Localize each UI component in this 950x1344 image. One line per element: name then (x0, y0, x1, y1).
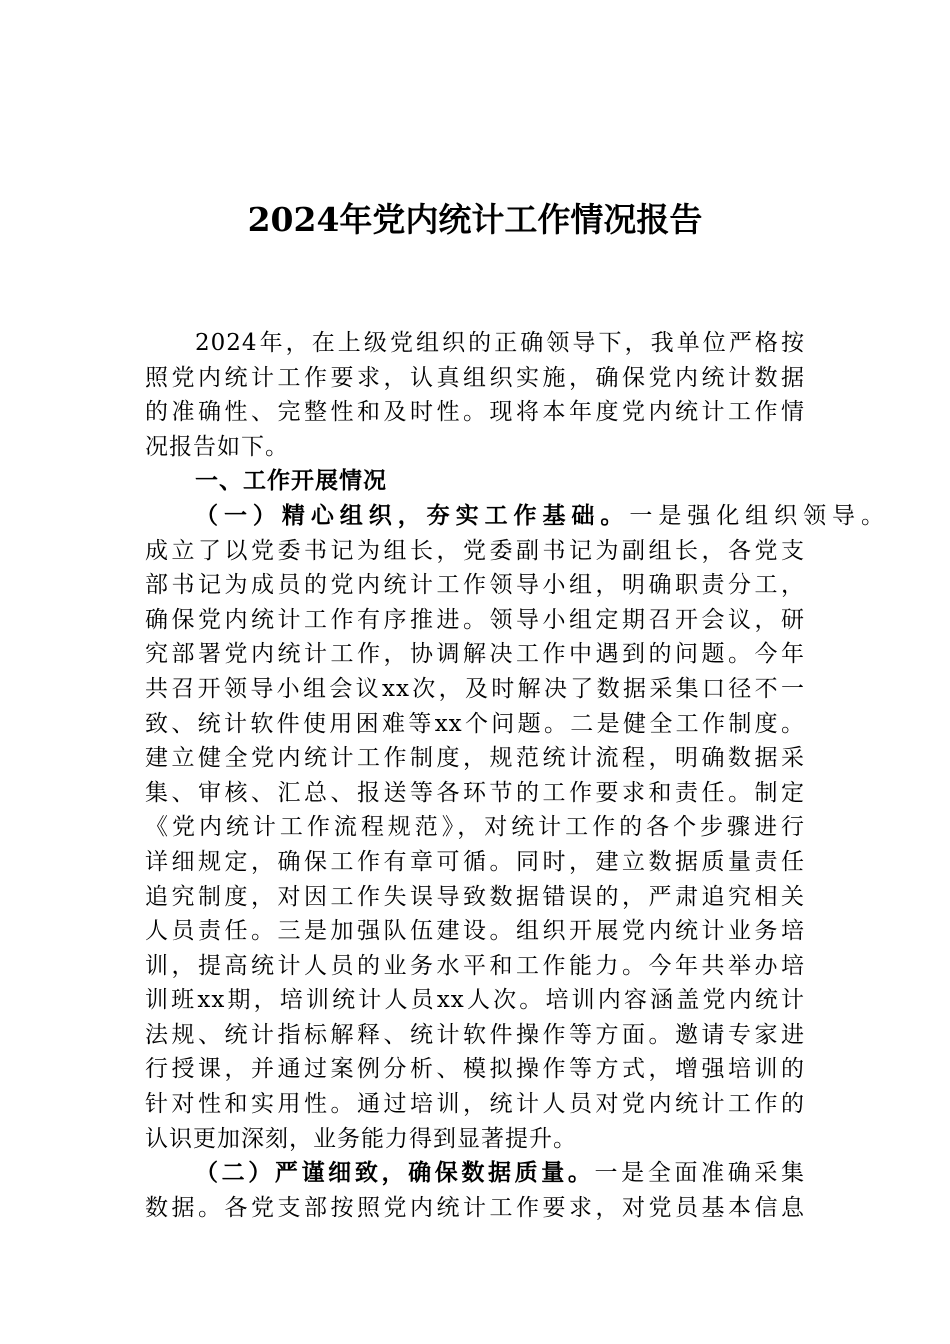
body-line: 究部署党内统计工作，协调解决工作中遇到的问题。今年 (145, 637, 805, 672)
body-line: 成立了以党委书记为组长，党委副书记为副组长，各党支 (145, 534, 805, 569)
body-line: 致、统计软件使用困难等xx个问题。二是健全工作制度。 (145, 707, 805, 742)
body-line: 建立健全党内统计工作制度，规范统计流程，明确数据采 (145, 741, 805, 776)
body-line: 的准确性、完整性和及时性。现将本年度党内统计工作情 (145, 395, 805, 430)
body-line: 2024年，在上级党组织的正确领导下，我单位严格按 (145, 326, 805, 361)
body-line: 详细规定，确保工作有章可循。同时，建立数据质量责任 (145, 845, 805, 880)
body-line: 数据。各党支部按照党内统计工作要求，对党员基本信息 (145, 1191, 805, 1226)
body-line: 部书记为成员的党内统计工作领导小组，明确职责分工， (145, 568, 805, 603)
subsection-heading: （二）严谨细致，确保数据质量。 (195, 1159, 595, 1186)
line-text: 共召开领导小组会议xx次，及时解决了数据采集口径不一 (145, 676, 805, 702)
line-text: 致、统计软件使用困难等xx个问题。二是健全工作制度。 (145, 711, 805, 737)
line-text: 认识更加深刻，业务能力得到显著提升。 (145, 1126, 577, 1152)
line-text: 一是全面准确采集 (595, 1160, 805, 1186)
subsection-line: （二）严谨细致，确保数据质量。一是全面准确采集 (145, 1156, 805, 1191)
line-text: 训，提高统计人员的业务水平和工作能力。今年共举办培 (145, 953, 805, 979)
line-text: 数据。各党支部按照党内统计工作要求，对党员基本信息 (145, 1195, 805, 1221)
line-text: 追究制度，对因工作失误导致数据错误的，严肃追究相关 (145, 884, 805, 910)
body-line: 《党内统计工作流程规范》，对统计工作的各个步骤进行 (145, 810, 805, 845)
line-text: 一是强化组织领导。 (629, 503, 885, 529)
line-text: 人员责任。三是加强队伍建设。组织开展党内统计业务培 (145, 918, 805, 944)
body-line: 认识更加深刻，业务能力得到显著提升。 (145, 1122, 805, 1157)
line-text: 《党内统计工作流程规范》，对统计工作的各个步骤进行 (145, 814, 805, 840)
line-text: 行授课，并通过案例分析、模拟操作等方式，增强培训的 (145, 1056, 805, 1082)
line-text: 成立了以党委书记为组长，党委副书记为副组长，各党支 (145, 538, 805, 564)
body-line: 追究制度，对因工作失误导致数据错误的，严肃追究相关 (145, 880, 805, 915)
body-line: 训，提高统计人员的业务水平和工作能力。今年共举办培 (145, 949, 805, 984)
line-text: 究部署党内统计工作，协调解决工作中遇到的问题。今年 (145, 641, 805, 667)
section-heading-text: 一、工作开展情况 (195, 468, 387, 494)
line-text: 集、审核、汇总、报送等各环节的工作要求和责任。制定 (145, 780, 805, 806)
line-text: 针对性和实用性。通过培训，统计人员对党内统计工作的 (145, 1091, 805, 1117)
body-line: 确保党内统计工作有序推进。领导小组定期召开会议，研 (145, 603, 805, 638)
subsection-heading: （一）精心组织，夯实工作基础。 (195, 502, 629, 529)
body-line: 针对性和实用性。通过培训，统计人员对党内统计工作的 (145, 1087, 805, 1122)
line-text: 法规、统计指标解释、统计软件操作等方面。邀请专家进 (145, 1022, 805, 1048)
body-line: 照党内统计工作要求，认真组织实施，确保党内统计数据 (145, 361, 805, 396)
document-page: 2024年党内统计工作情况报告 2024年，在上级党组织的正确领导下，我单位严格… (0, 0, 950, 1344)
document-title: 2024年党内统计工作情况报告 (0, 196, 950, 244)
line-text: 部书记为成员的党内统计工作领导小组，明确职责分工， (145, 572, 805, 598)
body-line: 共召开领导小组会议xx次，及时解决了数据采集口径不一 (145, 672, 805, 707)
body-line: 法规、统计指标解释、统计软件操作等方面。邀请专家进 (145, 1018, 805, 1053)
section-heading: 一、工作开展情况 (145, 464, 805, 499)
line-text: 确保党内统计工作有序推进。领导小组定期召开会议，研 (145, 607, 805, 633)
line-text: 的准确性、完整性和及时性。现将本年度党内统计工作情 (145, 399, 805, 425)
document-body: 2024年，在上级党组织的正确领导下，我单位严格按 照党内统计工作要求，认真组织… (145, 326, 805, 1225)
line-text: 2024年，在上级党组织的正确领导下，我单位严格按 (195, 330, 805, 356)
line-text: 详细规定，确保工作有章可循。同时，建立数据质量责任 (145, 849, 805, 875)
line-text: 照党内统计工作要求，认真组织实施，确保党内统计数据 (145, 365, 805, 391)
body-line: 行授课，并通过案例分析、模拟操作等方式，增强培训的 (145, 1052, 805, 1087)
subsection-line: （一）精心组织，夯实工作基础。一是强化组织领导。 (145, 499, 885, 534)
body-line: 集、审核、汇总、报送等各环节的工作要求和责任。制定 (145, 776, 805, 811)
line-text: 训班xx期，培训统计人员xx人次。培训内容涵盖党内统计 (145, 987, 805, 1013)
line-text: 况报告如下。 (145, 434, 289, 460)
body-line: 训班xx期，培训统计人员xx人次。培训内容涵盖党内统计 (145, 983, 805, 1018)
body-line: 况报告如下。 (145, 430, 805, 465)
line-text: 建立健全党内统计工作制度，规范统计流程，明确数据采 (145, 745, 805, 771)
body-line: 人员责任。三是加强队伍建设。组织开展党内统计业务培 (145, 914, 805, 949)
